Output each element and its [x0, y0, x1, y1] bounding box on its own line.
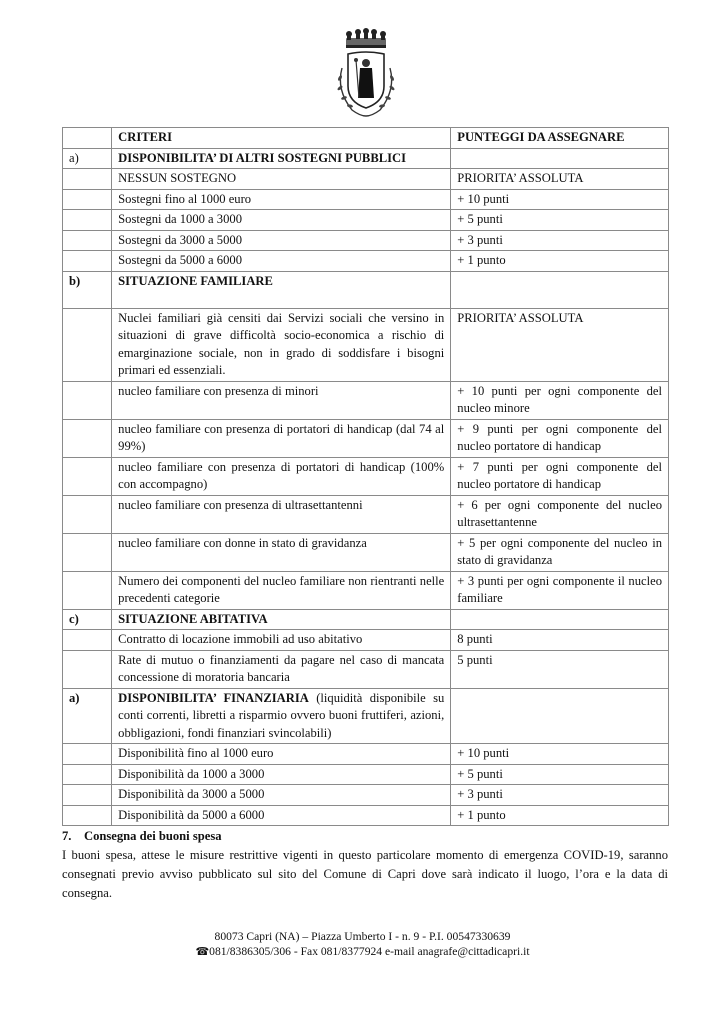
table-header-row: CRITERI PUNTEGGI DA ASSEGNARE: [63, 128, 669, 149]
row-points: + 1 punto: [451, 251, 669, 272]
table-row: Sostegni da 5000 a 6000+ 1 punto: [63, 251, 669, 272]
row-criterion: Sostegni da 1000 a 3000: [112, 210, 451, 231]
section-heading: SITUAZIONE ABITATIVA: [118, 612, 267, 626]
table-row: nucleo familiare con presenza di ultrase…: [63, 495, 669, 533]
section-body: I buoni spesa, attese le misure restritt…: [62, 846, 668, 903]
row-criterion: Disponibilità fino al 1000 euro: [112, 744, 451, 765]
row-letter: a): [63, 148, 112, 169]
footer-contacts: 081/8386305/306 - Fax 081/8377924 e-mail…: [209, 945, 529, 958]
section-7-heading: 7.Consegna dei buoni spesa: [62, 827, 668, 846]
footer-address: 80073 Capri (NA) – Piazza Umberto I - n.…: [0, 929, 725, 944]
table-row: NESSUN SOSTEGNOPRIORITA’ ASSOLUTA: [63, 169, 669, 190]
section-number: 7.: [62, 827, 84, 846]
row-criterion: nucleo familiare con presenza di ultrase…: [112, 495, 451, 533]
row-criterion: DISPONIBILITA’ DI ALTRI SOSTEGNI PUBBLIC…: [112, 148, 451, 169]
row-letter: [63, 650, 112, 688]
row-points: + 7 punti per ogni componente del nucleo…: [451, 457, 669, 495]
row-criterion: Contratto di locazione immobili ad uso a…: [112, 630, 451, 651]
row-letter: [63, 744, 112, 765]
row-points: + 5 punti: [451, 764, 669, 785]
row-points: [451, 609, 669, 630]
row-letter: [63, 533, 112, 571]
row-points: PRIORITA’ ASSOLUTA: [451, 169, 669, 190]
row-points: + 9 punti per ogni componente del nucleo…: [451, 419, 669, 457]
footer: 80073 Capri (NA) – Piazza Umberto I - n.…: [0, 929, 725, 960]
row-criterion: nucleo familiare con presenza di portato…: [112, 457, 451, 495]
row-points: + 5 per ogni componente del nucleo in st…: [451, 533, 669, 571]
row-points: + 10 punti per ogni componente del nucle…: [451, 381, 669, 419]
row-letter: [63, 189, 112, 210]
row-letter: [63, 210, 112, 231]
row-points: [451, 271, 669, 308]
municipal-crest-icon: [328, 28, 404, 120]
row-letter: [63, 495, 112, 533]
row-criterion: Sostegni da 3000 a 5000: [112, 230, 451, 251]
table-row: nucleo familiare con donne in stato di g…: [63, 533, 669, 571]
row-letter: [63, 251, 112, 272]
row-criterion: nucleo familiare con presenza di minori: [112, 381, 451, 419]
row-criterion: DISPONIBILITA’ FINANZIARIA (liquidità di…: [112, 688, 451, 744]
row-letter: [63, 419, 112, 457]
row-letter: [63, 457, 112, 495]
header-letter: [63, 128, 112, 149]
table-section-row: b)SITUAZIONE FAMILIARE: [63, 271, 669, 308]
table-section-row: a)DISPONIBILITA’ DI ALTRI SOSTEGNI PUBBL…: [63, 148, 669, 169]
table-row: Sostegni da 3000 a 5000+ 3 punti: [63, 230, 669, 251]
row-points: + 3 punti: [451, 230, 669, 251]
row-criterion: SITUAZIONE ABITATIVA: [112, 609, 451, 630]
row-letter: [63, 764, 112, 785]
row-letter: c): [63, 609, 112, 630]
row-points: [451, 148, 669, 169]
footer-contacts-line: ☎081/8386305/306 - Fax 081/8377924 e-mai…: [0, 944, 725, 960]
table-row: nucleo familiare con presenza di portato…: [63, 419, 669, 457]
row-letter: [63, 785, 112, 806]
row-points: PRIORITA’ ASSOLUTA: [451, 308, 669, 381]
row-letter: [63, 308, 112, 381]
row-criterion: Disponibilità da 5000 a 6000: [112, 805, 451, 826]
row-criterion: Disponibilità da 1000 a 3000: [112, 764, 451, 785]
section-heading: DISPONIBILITA’ DI ALTRI SOSTEGNI PUBBLIC…: [118, 151, 406, 165]
table-row: Rate di mutuo o finanziamenti da pagare …: [63, 650, 669, 688]
row-points: + 10 punti: [451, 189, 669, 210]
row-points: [451, 688, 669, 744]
row-points: + 3 punti: [451, 785, 669, 806]
section-heading: DISPONIBILITA’ FINANZIARIA: [118, 691, 309, 705]
table-section-row: a)DISPONIBILITA’ FINANZIARIA (liquidità …: [63, 688, 669, 744]
criteria-table: CRITERI PUNTEGGI DA ASSEGNARE a)DISPONIB…: [62, 127, 669, 826]
row-letter: [63, 571, 112, 609]
telephone-icon: ☎: [195, 946, 209, 958]
table-row: Disponibilità da 1000 a 3000+ 5 punti: [63, 764, 669, 785]
row-points: 5 punti: [451, 650, 669, 688]
table-row: Contratto di locazione immobili ad uso a…: [63, 630, 669, 651]
row-letter: a): [63, 688, 112, 744]
table-row: nucleo familiare con presenza di portato…: [63, 457, 669, 495]
table-row: Sostegni da 1000 a 3000+ 5 punti: [63, 210, 669, 231]
row-letter: [63, 805, 112, 826]
header-punteggi: PUNTEGGI DA ASSEGNARE: [451, 128, 669, 149]
row-points: + 6 per ogni componente del nucleo ultra…: [451, 495, 669, 533]
row-points: + 1 punto: [451, 805, 669, 826]
table-row: Disponibilità da 5000 a 6000+ 1 punto: [63, 805, 669, 826]
section-title: Consegna dei buoni spesa: [84, 829, 222, 843]
table-row: Numero dei componenti del nucleo familia…: [63, 571, 669, 609]
row-criterion: NESSUN SOSTEGNO: [112, 169, 451, 190]
section-7: 7.Consegna dei buoni spesa I buoni spesa…: [62, 827, 668, 903]
row-criterion: nucleo familiare con donne in stato di g…: [112, 533, 451, 571]
row-points: + 10 punti: [451, 744, 669, 765]
row-criterion: Nuclei familiari già censiti dai Servizi…: [112, 308, 451, 381]
row-letter: [63, 230, 112, 251]
row-criterion: SITUAZIONE FAMILIARE: [112, 271, 451, 308]
table-row: Disponibilità da 3000 a 5000+ 3 punti: [63, 785, 669, 806]
row-criterion: Sostegni da 5000 a 6000: [112, 251, 451, 272]
row-criterion: Numero dei componenti del nucleo familia…: [112, 571, 451, 609]
row-criterion: Rate di mutuo o finanziamenti da pagare …: [112, 650, 451, 688]
table-section-row: c)SITUAZIONE ABITATIVA: [63, 609, 669, 630]
row-points: + 5 punti: [451, 210, 669, 231]
table-row: Disponibilità fino al 1000 euro+ 10 punt…: [63, 744, 669, 765]
row-letter: [63, 169, 112, 190]
row-points: + 3 punti per ogni componente il nucleo …: [451, 571, 669, 609]
row-criterion: nucleo familiare con presenza di portato…: [112, 419, 451, 457]
row-criterion: Sostegni fino al 1000 euro: [112, 189, 451, 210]
row-letter: [63, 381, 112, 419]
row-criterion: Disponibilità da 3000 a 5000: [112, 785, 451, 806]
section-heading: SITUAZIONE FAMILIARE: [118, 274, 273, 288]
header-criteri: CRITERI: [112, 128, 451, 149]
row-points: 8 punti: [451, 630, 669, 651]
table-row: Nuclei familiari già censiti dai Servizi…: [63, 308, 669, 381]
row-letter: [63, 630, 112, 651]
table-row: nucleo familiare con presenza di minori+…: [63, 381, 669, 419]
row-letter: b): [63, 271, 112, 308]
table-row: Sostegni fino al 1000 euro+ 10 punti: [63, 189, 669, 210]
